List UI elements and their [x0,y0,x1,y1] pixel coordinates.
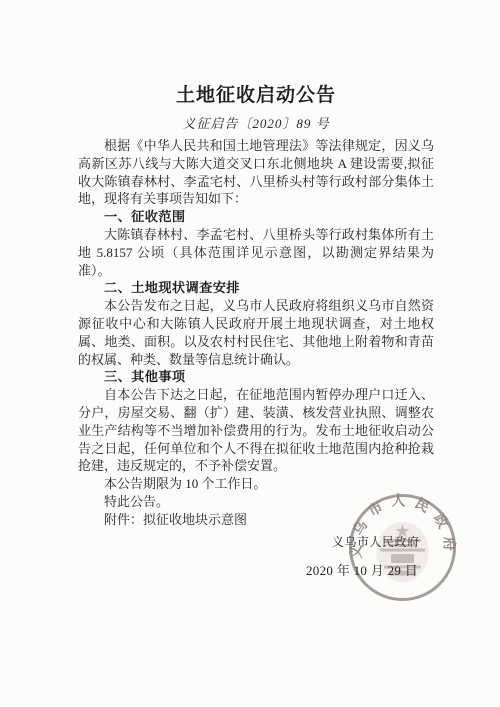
body-line: 地，现将有关事项告知如下： [78,190,434,208]
body-line: 准）。 [78,262,434,280]
body-line: 抢建，违反规定的，不予补偿安置。 [78,457,434,475]
issue-date: 2020 年 10 月 29 日 [306,560,418,579]
document-title: 土地征收启动公告 [78,84,434,108]
body-line: 三、其他事项 [78,368,434,386]
body-line: 的权属、种类、数量等信息统计确认。 [78,351,434,369]
body-line: 自本公告下达之日起，在征地范围内暂停办理户口迁入、 [78,386,434,404]
body-line: 根据《中华人民共和国土地管理法》等法律规定，因义乌 [78,137,434,155]
body-line: 一、征收范围 [78,208,434,226]
body-line: 地 5.8157 公顷（具体范围详见示意图，以勘测定界结果为 [78,244,434,262]
body-line: 分户，房屋交易、翻（扩）建、装潢、核发营业执照、调整农 [78,404,434,422]
document-page: 土地征收启动公告 义征启告〔2020〕89 号 根据《中华人民共和国土地管理法》… [0,0,500,707]
issuer-signature: 义乌市人民政府 [332,533,420,550]
body-line: 告之日起，任何单位和个人不得在拟征收土地范围内抢种抢栽 [78,440,434,458]
body-line: 源征收中心和大陈镇人民政府开展土地现状调查，对土地权 [78,315,434,333]
body-line: 本公告发布之日起，义乌市人民政府将组织义乌市自然资 [78,297,434,315]
body-line: 属、地类、面积。以及农村村民住宅、其他地上附着物和青苗 [78,333,434,351]
body-line: 高新区苏八线与大陈大道交叉口东北侧地块 A 建设需要,拟征 [78,155,434,173]
document-body: 根据《中华人民共和国土地管理法》等法律规定，因义乌高新区苏八线与大陈大道交叉口东… [78,137,434,529]
body-line: 大陈镇春林村、李孟宅村、八里桥头等行政村集体所有土 [78,226,434,244]
body-line: 业生产结构等不当增加补偿费用的行为。发布土地征收启动公 [78,422,434,440]
body-line: 收大陈镇春林村、李孟宅村、八里桥头村等行政村部分集体土 [78,173,434,191]
body-line: 二、土地现状调查安排 [78,279,434,297]
document-number: 义征启告〔2020〕89 号 [78,115,434,132]
